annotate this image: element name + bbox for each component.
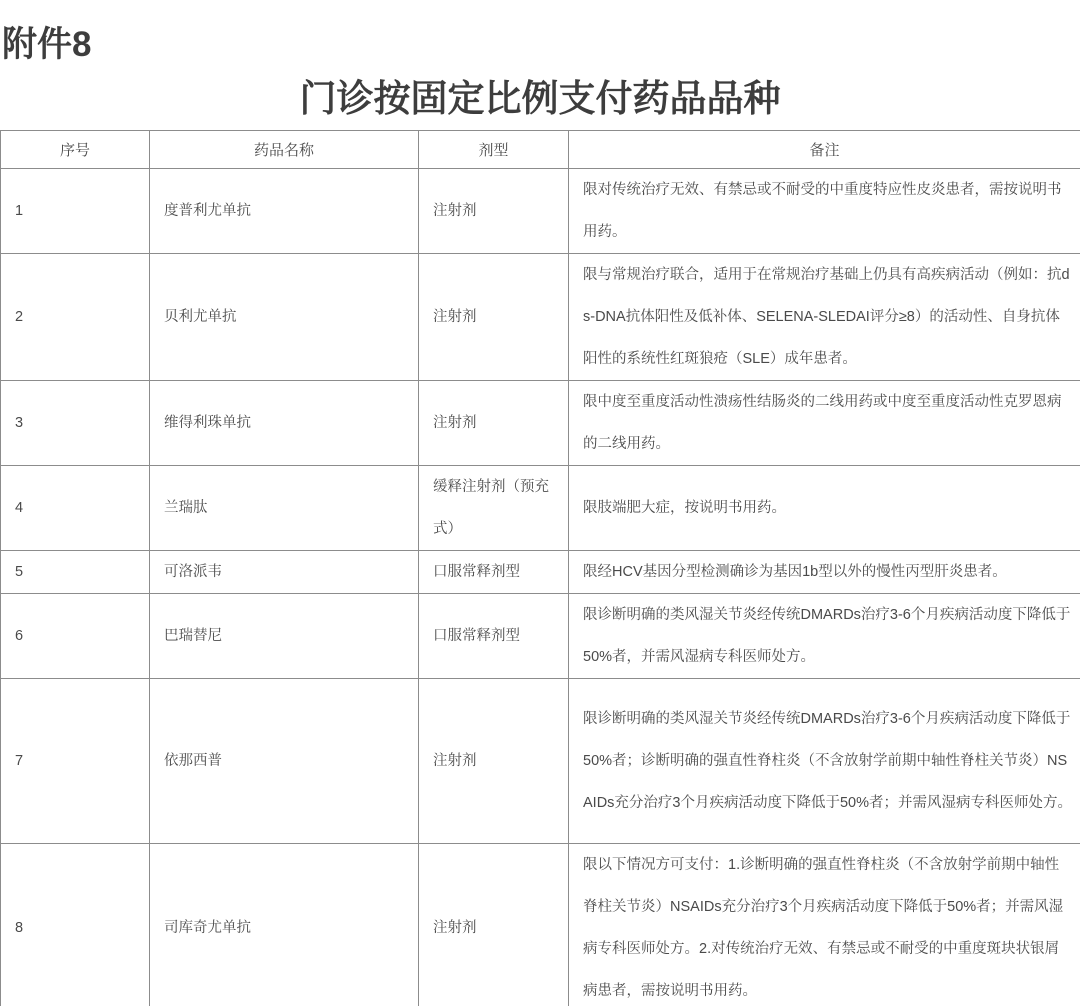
cell-drug: 可洛派韦 [150,551,419,594]
cell-form: 口服常释剂型 [419,594,569,679]
table-row: 1 度普利尤单抗 注射剂 限对传统治疗无效、有禁忌或不耐受的中重度特应性皮炎患者… [1,169,1080,254]
col-header-note: 备注 [569,131,1080,169]
table-row: 2 贝利尤单抗 注射剂 限与常规治疗联合，适用于在常规治疗基础上仍具有高疾病活动… [1,254,1080,381]
page-title: 门诊按固定比例支付药品品种 [0,80,1080,117]
cell-form: 注射剂 [419,844,569,1006]
cell-drug: 贝利尤单抗 [150,254,419,381]
table-row: 8 司库奇尤单抗 注射剂 限以下情况方可支付：1.诊断明确的强直性脊柱炎（不含放… [1,844,1080,1006]
table-row: 5 可洛派韦 口服常释剂型 限经HCV基因分型检测确诊为基因1b型以外的慢性丙型… [1,551,1080,594]
cell-no: 8 [1,844,150,1006]
cell-no: 2 [1,254,150,381]
cell-drug: 维得利珠单抗 [150,381,419,466]
cell-note: 限以下情况方可支付：1.诊断明确的强直性脊柱炎（不含放射学前期中轴性脊柱关节炎）… [569,844,1080,1006]
cell-form: 注射剂 [419,679,569,844]
drug-table: 序号 药品名称 剂型 备注 1 度普利尤单抗 注射剂 限对传统治疗无效、有禁忌或… [0,130,1080,1006]
col-header-form: 剂型 [419,131,569,169]
cell-note: 限对传统治疗无效、有禁忌或不耐受的中重度特应性皮炎患者，需按说明书用药。 [569,169,1080,254]
cell-note: 限与常规治疗联合，适用于在常规治疗基础上仍具有高疾病活动（例如：抗ds-DNA抗… [569,254,1080,381]
cell-note: 限中度至重度活动性溃疡性结肠炎的二线用药或中度至重度活动性克罗恩病的二线用药。 [569,381,1080,466]
cell-drug: 兰瑞肽 [150,466,419,551]
cell-no: 7 [1,679,150,844]
cell-no: 3 [1,381,150,466]
cell-drug: 依那西普 [150,679,419,844]
cell-drug: 巴瑞替尼 [150,594,419,679]
cell-note: 限诊断明确的类风湿关节炎经传统DMARDs治疗3-6个月疾病活动度下降低于50%… [569,594,1080,679]
cell-note: 限肢端肥大症，按说明书用药。 [569,466,1080,551]
cell-drug: 司库奇尤单抗 [150,844,419,1006]
cell-form: 缓释注射剂（预充式） [419,466,569,551]
col-header-no: 序号 [1,131,150,169]
table-row: 6 巴瑞替尼 口服常释剂型 限诊断明确的类风湿关节炎经传统DMARDs治疗3-6… [1,594,1080,679]
table-header-row: 序号 药品名称 剂型 备注 [1,131,1080,169]
col-header-drug: 药品名称 [150,131,419,169]
cell-no: 4 [1,466,150,551]
table-row: 3 维得利珠单抗 注射剂 限中度至重度活动性溃疡性结肠炎的二线用药或中度至重度活… [1,381,1080,466]
table-row: 7 依那西普 注射剂 限诊断明确的类风湿关节炎经传统DMARDs治疗3-6个月疾… [1,679,1080,844]
table-row: 4 兰瑞肽 缓释注射剂（预充式） 限肢端肥大症，按说明书用药。 [1,466,1080,551]
attachment-label: 附件8 [0,0,1080,62]
document-page: 附件8 门诊按固定比例支付药品品种 序号 药品名称 剂型 备注 1 度普利尤单抗… [0,0,1080,1006]
cell-form: 注射剂 [419,381,569,466]
cell-form: 口服常释剂型 [419,551,569,594]
cell-no: 1 [1,169,150,254]
cell-no: 5 [1,551,150,594]
cell-note: 限诊断明确的类风湿关节炎经传统DMARDs治疗3-6个月疾病活动度下降低于50%… [569,679,1080,844]
cell-drug: 度普利尤单抗 [150,169,419,254]
cell-no: 6 [1,594,150,679]
cell-form: 注射剂 [419,169,569,254]
cell-form: 注射剂 [419,254,569,381]
cell-note: 限经HCV基因分型检测确诊为基因1b型以外的慢性丙型肝炎患者。 [569,551,1080,594]
